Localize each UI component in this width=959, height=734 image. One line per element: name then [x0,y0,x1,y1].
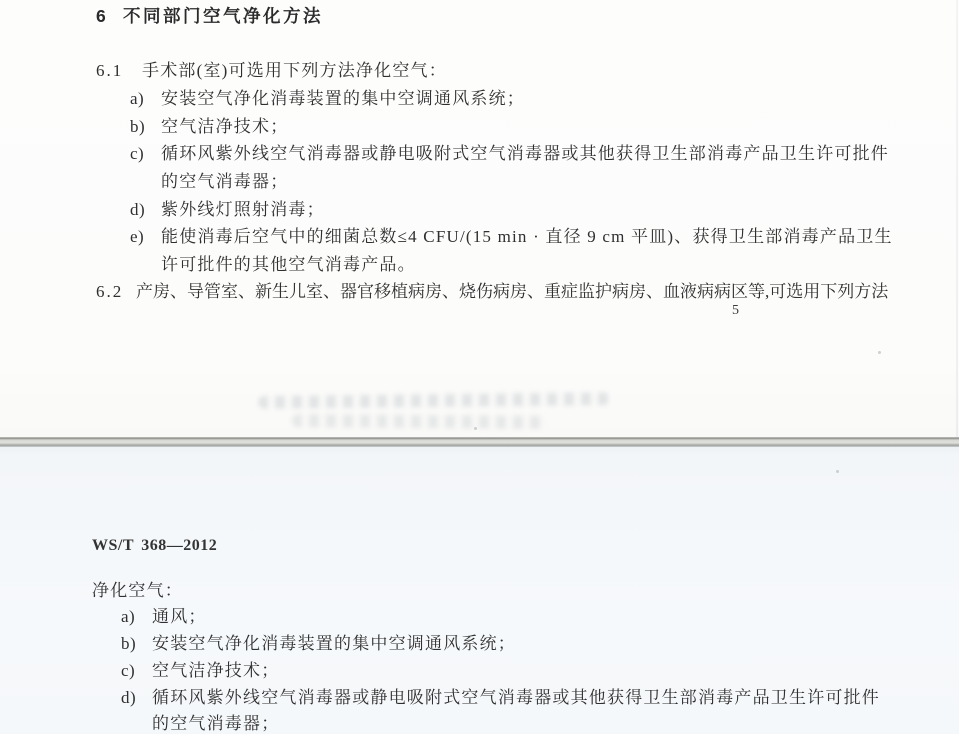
clause-6-1: 6.1手术部(室)可选用下列方法净化空气： [96,60,447,82]
list-text: 空气洁净技术； [152,661,279,680]
page-number: 5 [732,303,739,319]
list-label: a) [130,88,161,110]
list-label: d) [121,687,152,709]
list-item-c: c)循环风紫外线空气消毒器或静电吸附式空气消毒器或其他获得卫生部消毒产品卫生许可… [130,143,889,165]
list-label: c) [121,660,152,682]
list-text: 通风； [152,607,207,626]
list-label: a) [121,606,152,628]
scan-speck [836,470,839,473]
scanned-document-view: 6不同部门空气净化方法 6.1手术部(室)可选用下列方法净化空气： a)安装空气… [0,0,959,734]
clause-6-1-text: 手术部(室)可选用下列方法净化空气： [142,61,447,80]
list-label: b) [121,633,152,655]
page-edge-shadow [956,0,958,437]
clause-6-1-number: 6.1 [96,60,142,82]
list-item-d: d)紫外线灯照射消毒； [130,199,325,221]
list-text: 能使消毒后空气中的细菌总数≤4 CFU/(15 min · 直径 9 cm 平皿… [161,227,893,246]
list-item-c: c)空气洁净技术； [121,660,279,682]
list-text: 紫外线灯照射消毒； [161,200,325,219]
list-item-e: e)能使消毒后空气中的细菌总数≤4 CFU/(15 min · 直径 9 cm … [130,226,893,248]
list-item-b: b)空气洁净技术； [130,116,288,138]
list-item-a: a)安装空气净化消毒装置的集中空调通风系统； [130,88,525,110]
list-label: d) [130,199,161,221]
document-page-5: 6不同部门空气净化方法 6.1手术部(室)可选用下列方法净化空气： a)安装空气… [0,0,959,437]
clause-6-2-number: 6.2 [96,281,136,303]
list-item-e-continuation: 许可批件的其他空气消毒产品。 [161,254,416,276]
standard-code-header: WS/T 368—2012 [92,535,217,557]
section-number: 6 [96,5,123,27]
page-separator [0,437,959,447]
list-text: 循环风紫外线空气消毒器或静电吸附式空气消毒器或其他获得卫生部消毒产品卫生许可批件 [152,688,880,707]
list-text: 循环风紫外线空气消毒器或静电吸附式空气消毒器或其他获得卫生部消毒产品卫生许可批件 [161,144,889,163]
list-label: c) [130,143,161,165]
scan-speck [878,351,881,354]
section-heading: 6不同部门空气净化方法 [96,5,323,27]
list-text: 安装空气净化消毒装置的集中空调通风系统； [161,89,525,108]
list-text: 空气洁净技术； [161,117,288,136]
list-label: e) [130,226,161,248]
clause-6-2: 6.2产房、导管室、新生儿室、器官移植病房、烧伤病房、重症监护病房、血液病病区等… [96,281,888,303]
intro-text: 净化空气： [92,580,183,602]
list-item-b: b)安装空气净化消毒装置的集中空调通风系统； [121,633,516,655]
list-item-d: d)循环风紫外线空气消毒器或静电吸附式空气消毒器或其他获得卫生部消毒产品卫生许可… [121,687,880,709]
list-label: b) [130,116,161,138]
document-page-6: WS/T 368—2012 净化空气： a)通风； b)安装空气净化消毒装置的集… [0,447,959,734]
clause-6-2-text: 产房、导管室、新生儿室、器官移植病房、烧伤病房、重症监护病房、血液病病区等,可选… [136,282,888,301]
list-text: 安装空气净化消毒装置的集中空调通风系统； [152,634,516,653]
ink-bleedthrough-smudge [258,392,610,438]
scan-speck [474,427,477,430]
list-item-c-continuation: 的空气消毒器； [161,171,288,193]
section-title: 不同部门空气净化方法 [123,6,323,26]
list-item-a: a)通风； [121,606,207,628]
list-item-d-continuation: 的空气消毒器； [152,713,279,734]
